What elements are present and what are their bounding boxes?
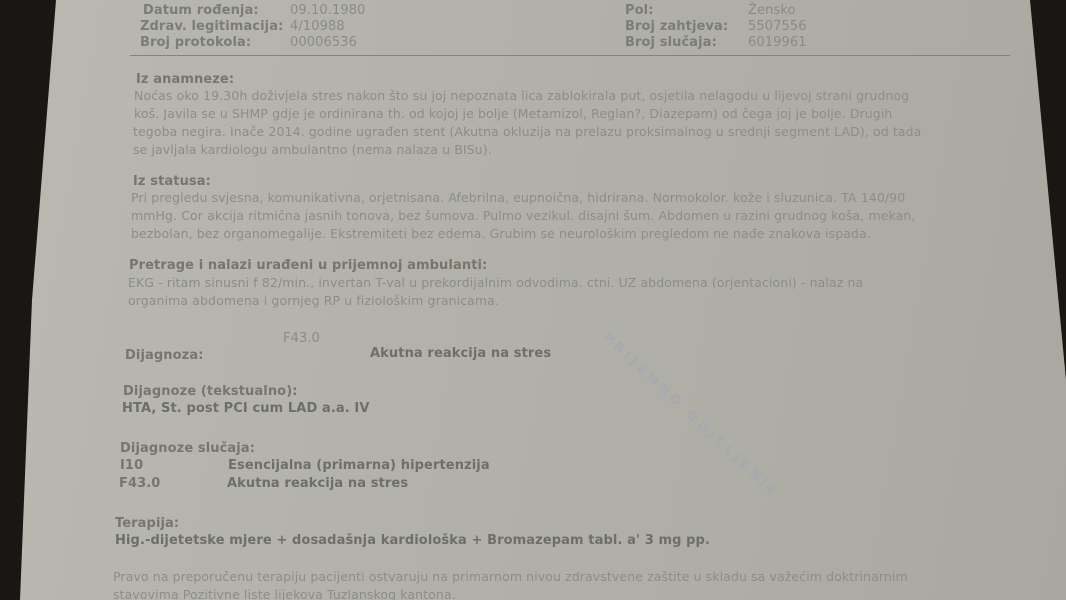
diagnosis-code: F43.0 (283, 331, 320, 346)
case-value: 6019961 (748, 35, 807, 50)
anamnesis-line: koš. Javila se u SHMP gdje je ordinirana… (134, 105, 892, 123)
sex-label: Pol: (625, 3, 654, 18)
case-diagnoses-title: Dijagnoze slučaja: (120, 441, 255, 456)
anamnesis-line: Noćas oko 19.30h doživjela stres nakon š… (134, 87, 909, 105)
therapy-text: Hig.-dijetetske mjere + dosadašnja kardi… (115, 533, 710, 548)
footer-line: stavovima Pozitivne liste lijekova Tuzla… (113, 586, 456, 600)
therapy-title: Terapija: (115, 516, 179, 531)
case-diagnosis-code: F43.0 (119, 476, 160, 491)
diagnosis-text: Akutna reakcija na stres (370, 346, 551, 361)
anamnesis-line: tegoba negira. Inače 2014. godine ugrađe… (133, 123, 921, 141)
status-line: mmHg. Cor akcija ritmična jasnih tonova,… (131, 207, 916, 225)
birthdate-value: 09.10.1980 (290, 3, 365, 18)
text-diagnoses-title: Dijagnoze (tekstualno): (123, 384, 298, 399)
case-diagnosis-text: Esencijalna (primarna) hipertenzija (228, 458, 490, 473)
institution-stamp: PRIJEMNO ODJELJENJE (583, 330, 830, 564)
request-label: Broj zahtjeva: (625, 19, 728, 34)
anamnesis-line: se javljala kardiologu ambulantno (nema … (133, 141, 492, 159)
anamnesis-title: Iz anamneze: (136, 72, 234, 87)
header-divider (130, 55, 1010, 56)
request-value: 5507556 (748, 19, 807, 34)
diagnosis-label: Dijagnoza: (125, 348, 204, 363)
footer-line: Pravo na preporučenu terapiju pacijenti … (113, 568, 908, 586)
health-id-label: Zdrav. legitimacija: (140, 19, 283, 34)
health-id-value: 4/10988 (290, 19, 345, 34)
status-line: Pri pregledu svjesna, komunikativna, orj… (131, 189, 905, 207)
sex-value: Žensko (748, 3, 796, 18)
birthdate-label: Datum rođenja: (143, 3, 259, 18)
protocol-value: 00006536 (290, 35, 357, 50)
tests-line: EKG - ritam sinusni f 82/min., invertan … (128, 274, 863, 292)
tests-line: organima abdomena i gornjeg RP u fiziolo… (128, 292, 499, 310)
document-page: Datum rođenja: 09.10.1980 Zdrav. legitim… (0, 0, 1066, 600)
case-diagnosis-text: Akutna reakcija na stres (227, 476, 408, 491)
text-diagnoses-value: HTA, St. post PCI cum LAD a.a. IV (122, 401, 370, 416)
tests-title: Pretrage i nalazi urađeni u prijemnoj am… (129, 258, 487, 273)
status-line: bezbolan, bez organomegalije. Ekstremite… (131, 225, 871, 243)
protocol-label: Broj protokola: (140, 35, 251, 50)
case-label: Broj slučaja: (625, 35, 717, 50)
status-title: Iz statusa: (133, 174, 211, 189)
case-diagnosis-code: I10 (120, 458, 143, 473)
